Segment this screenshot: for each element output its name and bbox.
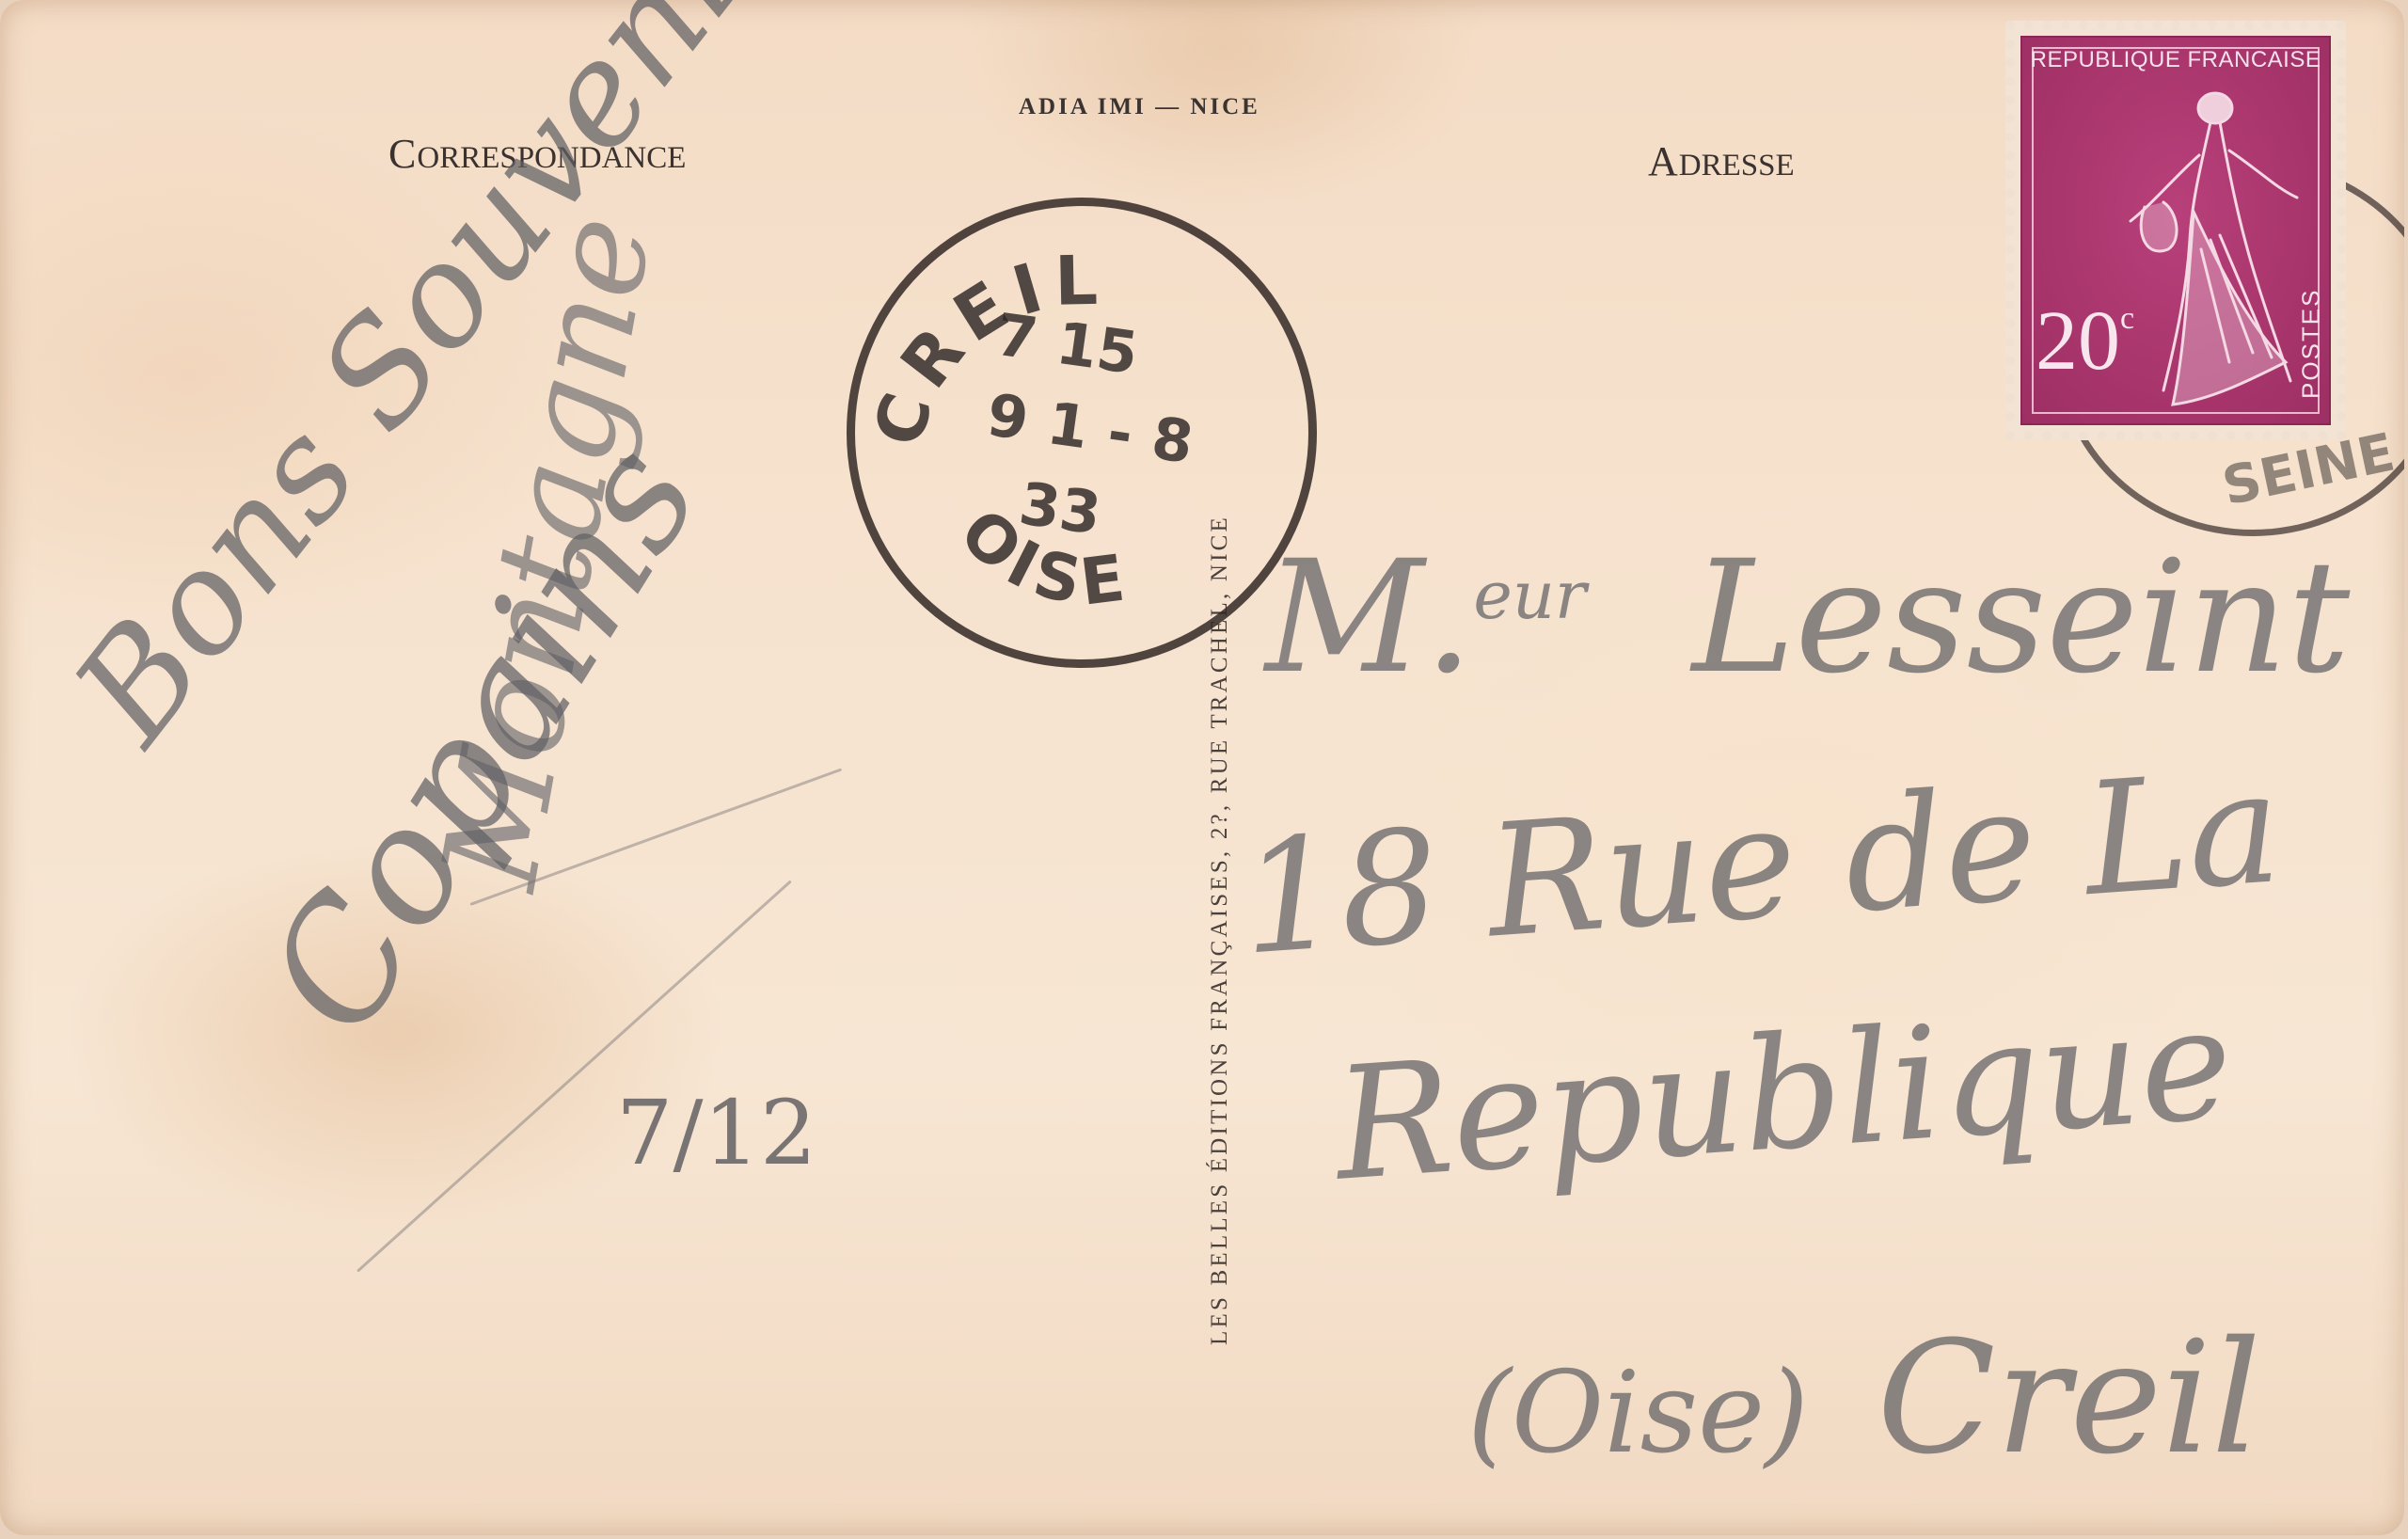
address-department: (Oise) — [1467, 1348, 1809, 1479]
address-line-name: M.eur Lesseint — [1265, 527, 2350, 707]
stamp-value-number: 20 — [2036, 294, 2120, 388]
address-name: Lesseint — [1692, 527, 2351, 707]
postmark-year: 33 — [1015, 468, 1105, 547]
stamp-value: 20c — [2036, 299, 2134, 384]
message-note: 7/12 — [616, 1082, 816, 1185]
address-rest: DRESSE — [1679, 149, 1795, 182]
address-line-street: 18 Rue de La — [1235, 737, 2286, 990]
address-line-city: (Oise) Creil — [1467, 1308, 2261, 1488]
address-city: Creil — [1877, 1308, 2260, 1488]
stamp-country: REPUBLIQUE FRANCAISE — [2022, 47, 2329, 73]
printer-line: ADIA IMI — NICE — [1019, 94, 1260, 120]
address-heading: ADRESSE Adresse — [1648, 137, 1795, 185]
postage-stamp: REPUBLIQUE FRANCAISE 20c POSTES — [2005, 21, 2346, 440]
postmark-creil: CREIL OISE 7 15 9 1 - 8 33 — [847, 198, 1317, 668]
stamp-postes-label: POSTES — [2296, 289, 2325, 399]
postcard: CORRESPONDANCE Correspondance ADIA IMI —… — [0, 0, 2404, 1535]
address-title-suffix: eur — [1473, 557, 1586, 634]
address-line-street-cont: Republique — [1329, 973, 2238, 1215]
stamp-face: REPUBLIQUE FRANCAISE 20c POSTES — [2020, 36, 2331, 425]
address-initial: A — [1648, 138, 1679, 184]
address-title: M. — [1265, 527, 1473, 707]
correspondence-initial: C — [388, 131, 417, 177]
stamp-value-unit: c — [2120, 301, 2134, 336]
